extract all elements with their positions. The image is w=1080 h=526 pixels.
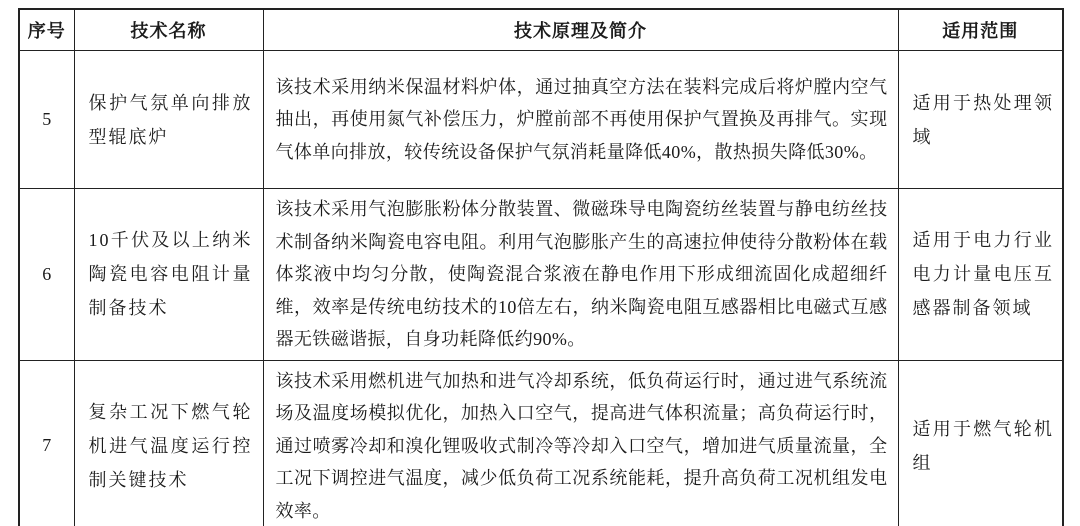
table-header-row: 序号 技术名称 技术原理及简介 适用范围 [19,9,1063,51]
description-cell: 该技术采用燃机进气加热和进气冷却系统，低负荷运行时，通过进气系统流场及温度场模拟… [263,360,898,526]
col-header-tech-name: 技术名称 [74,9,263,51]
table-row: 7 复杂工况下燃气轮机进气温度运行控制关键技术 该技术采用燃机进气加热和进气冷却… [19,360,1063,526]
scope-cell: 适用于电力行业电力计量电压互感器制备领域 [898,189,1063,361]
col-header-number: 序号 [19,9,74,51]
row-number-cell: 5 [19,51,74,189]
document-page: 序号 技术名称 技术原理及简介 适用范围 5 保护气氛单向排放型辊底炉 该技术采… [0,0,1080,526]
scope-cell: 适用于燃气轮机组 [898,360,1063,526]
technology-table: 序号 技术名称 技术原理及简介 适用范围 5 保护气氛单向排放型辊底炉 该技术采… [18,8,1064,526]
tech-name-cell: 10千伏及以上纳米陶瓷电容电阻计量制备技术 [74,189,263,361]
col-header-description: 技术原理及简介 [263,9,898,51]
row-number-cell: 7 [19,360,74,526]
table-row: 5 保护气氛单向排放型辊底炉 该技术采用纳米保温材料炉体，通过抽真空方法在装料完… [19,51,1063,189]
tech-name-cell: 复杂工况下燃气轮机进气温度运行控制关键技术 [74,360,263,526]
tech-name-cell: 保护气氛单向排放型辊底炉 [74,51,263,189]
description-cell: 该技术采用气泡膨胀粉体分散装置、微磁珠导电陶瓷纺丝装置与静电纺丝技术制备纳米陶瓷… [263,189,898,361]
row-number-cell: 6 [19,189,74,361]
scope-cell: 适用于热处理领域 [898,51,1063,189]
description-cell: 该技术采用纳米保温材料炉体，通过抽真空方法在装料完成后将炉膛内空气抽出，再使用氮… [263,51,898,189]
col-header-scope: 适用范围 [898,9,1063,51]
table-row: 6 10千伏及以上纳米陶瓷电容电阻计量制备技术 该技术采用气泡膨胀粉体分散装置、… [19,189,1063,361]
